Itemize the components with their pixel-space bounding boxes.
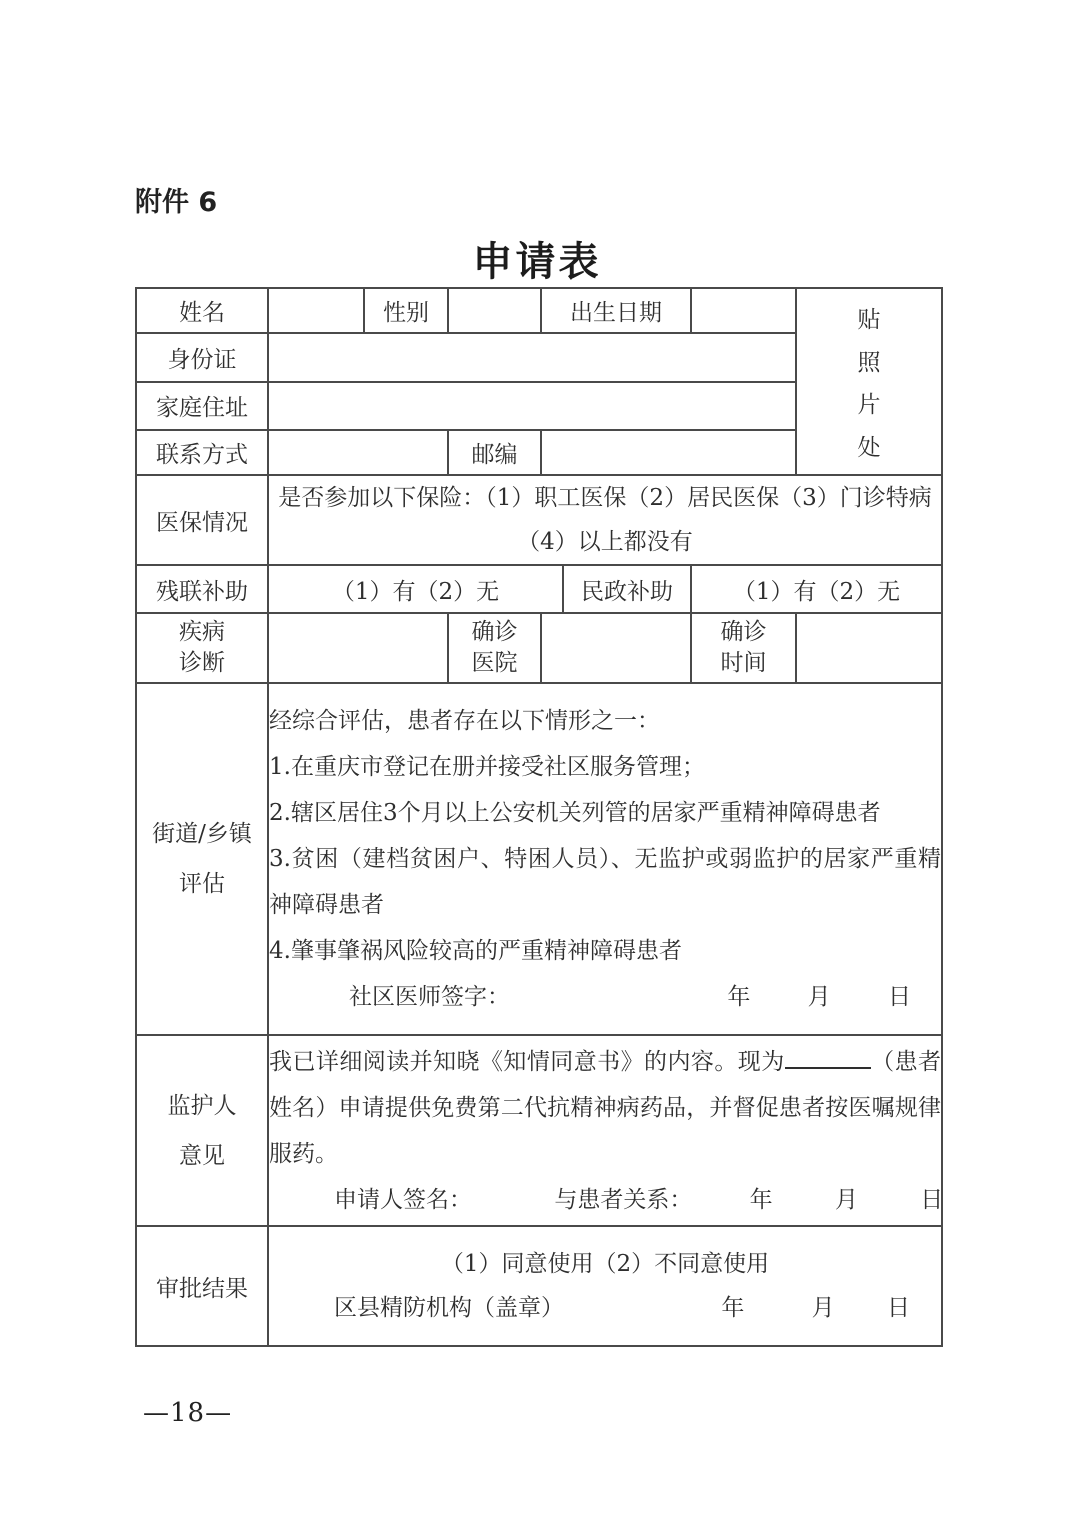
relation-label: 与患者关系： [554, 1187, 692, 1213]
photo-char: 片 [797, 386, 941, 419]
contact-value-cell [268, 430, 448, 476]
year-label: 年 [721, 1295, 744, 1321]
row-name: 姓名 性别 出生日期 贴 照 片 处 [136, 288, 942, 333]
name-value-cell [268, 288, 364, 333]
evaluation-content-cell: 经综合评估，患者存在以下情形之一： 1.在重庆市登记在册并接受社区服务管理； 2… [268, 683, 942, 1035]
approval-label-cell: 审批结果 [136, 1226, 268, 1346]
name-label-cell: 姓名 [136, 288, 268, 333]
approval-content-cell: （1）同意使用（2）不同意使用 区县精防机构（盖章） 年 月 日 [268, 1226, 942, 1346]
row-insurance: 医保情况 是否参加以下保险：（1）职工医保（2）居民医保（3）门诊特病（4）以上… [136, 475, 942, 565]
page-number: —18— [143, 1398, 232, 1428]
canlian-label-cell: 残联补助 [136, 565, 268, 613]
day-label: 日 [887, 1295, 910, 1321]
month-label: 月 [808, 984, 831, 1010]
postcode-value-cell [541, 430, 796, 476]
evaluation-item-3: 3.贫困（建档贫困户、特困人员）、无监护或弱监护的居家严重精神障碍患者 [269, 836, 941, 928]
diagnosis-time-value-cell [796, 613, 942, 683]
insurance-label-cell: 医保情况 [136, 475, 268, 565]
guardian-label-cell: 监护人 意见 [136, 1035, 268, 1226]
applicant-sign-label: 申请人签名： [334, 1187, 472, 1213]
disease-value-cell [268, 613, 448, 683]
approval-options: （1）同意使用（2）不同意使用 [269, 1242, 941, 1286]
guardian-content-cell: 我已详细阅读并知晓《知情同意书》的内容。现为（患者姓名）申请提供免费第二代抗精神… [268, 1035, 942, 1226]
minzheng-value-cell: （1）有（2）无 [691, 565, 942, 613]
application-form-table: 姓名 性别 出生日期 贴 照 片 处 身份证 家庭住址 联系方式 邮编 医保情况… [135, 287, 943, 1347]
evaluation-intro: 经综合评估，患者存在以下情形之一： [269, 698, 941, 744]
row-subsidy: 残联补助 （1）有（2）无 民政补助 （1）有（2）无 [136, 565, 942, 613]
photo-area-cell: 贴 照 片 处 [796, 288, 942, 475]
diagnosis-time-label-line2: 时间 [692, 648, 795, 679]
evaluation-item-2: 2.辖区居住3个月以上公安机关列管的居家严重精神障碍患者 [269, 790, 941, 836]
disease-label-line1: 疾病 [137, 617, 267, 648]
photo-char: 贴 [797, 301, 941, 334]
minzheng-label-cell: 民政补助 [563, 565, 691, 613]
row-evaluation: 街道/乡镇 评估 经综合评估，患者存在以下情形之一： 1.在重庆市登记在册并接受… [136, 683, 942, 1035]
canlian-value-cell: （1）有（2）无 [268, 565, 563, 613]
postcode-label-cell: 邮编 [448, 430, 541, 476]
month-label: 月 [812, 1295, 835, 1321]
photo-area: 贴 照 片 处 [797, 289, 941, 474]
disease-label-line2: 诊断 [137, 648, 267, 679]
hospital-label-cell: 确诊 医院 [448, 613, 541, 683]
address-label-cell: 家庭住址 [136, 382, 268, 430]
disease-label-cell: 疾病 诊断 [136, 613, 268, 683]
gender-label-cell: 性别 [364, 288, 448, 333]
page-title: 申请表 [0, 230, 1074, 287]
hospital-label-line1: 确诊 [449, 617, 540, 648]
evaluation-label-cell: 街道/乡镇 评估 [136, 683, 268, 1035]
diagnosis-time-label-cell: 确诊 时间 [691, 613, 796, 683]
address-value-cell [268, 382, 796, 430]
guardian-label-line1: 监护人 [137, 1081, 267, 1131]
row-guardian: 监护人 意见 我已详细阅读并知晓《知情同意书》的内容。现为（患者姓名）申请提供免… [136, 1035, 942, 1226]
diagnosis-time-label-line1: 确诊 [692, 617, 795, 648]
contact-label-cell: 联系方式 [136, 430, 268, 476]
hospital-value-cell [541, 613, 691, 683]
approval-org-label: 区县精防机构（盖章） [334, 1295, 564, 1321]
evaluation-item-4: 4.肇事肇祸风险较高的严重精神障碍患者 [269, 928, 941, 974]
gender-value-cell [448, 288, 541, 333]
evaluation-item-1: 1.在重庆市登记在册并接受社区服务管理； [269, 744, 941, 790]
attachment-label: 附件 6 [135, 180, 217, 219]
guardian-statement: 我已详细阅读并知晓《知情同意书》的内容。现为（患者姓名）申请提供免费第二代抗精神… [269, 1039, 941, 1177]
photo-char: 处 [797, 429, 941, 462]
hospital-label-line2: 医院 [449, 648, 540, 679]
month-label: 月 [835, 1187, 858, 1213]
guardian-text-before-blank: 我已详细阅读并知晓《知情同意书》的内容。现为 [269, 1049, 785, 1075]
year-label: 年 [727, 984, 750, 1010]
year-label: 年 [750, 1187, 773, 1213]
birthdate-value-cell [691, 288, 796, 333]
row-diagnosis: 疾病 诊断 确诊 医院 确诊 时间 [136, 613, 942, 683]
guardian-label-line2: 意见 [137, 1131, 267, 1181]
id-value-cell [268, 333, 796, 382]
birthdate-label-cell: 出生日期 [541, 288, 691, 333]
evaluation-label-line1: 街道/乡镇 [137, 809, 267, 859]
insurance-text-cell: 是否参加以下保险：（1）职工医保（2）居民医保（3）门诊特病（4）以上都没有 [268, 475, 942, 565]
evaluation-label-line2: 评估 [137, 859, 267, 909]
row-approval: 审批结果 （1）同意使用（2）不同意使用 区县精防机构（盖章） 年 月 日 [136, 1226, 942, 1346]
evaluation-signature-line: 社区医师签字： 年 月 日 [269, 974, 941, 1020]
day-label: 日 [920, 1187, 942, 1213]
day-label: 日 [888, 984, 911, 1010]
approval-signature-line: 区县精防机构（盖章） 年 月 日 [269, 1286, 941, 1330]
community-doctor-sign-label: 社区医师签字： [349, 984, 510, 1010]
guardian-signature-line: 申请人签名： 与患者关系： 年 月 日 [269, 1177, 941, 1223]
patient-name-blank [785, 1044, 871, 1069]
id-label-cell: 身份证 [136, 333, 268, 382]
photo-char: 照 [797, 344, 941, 377]
